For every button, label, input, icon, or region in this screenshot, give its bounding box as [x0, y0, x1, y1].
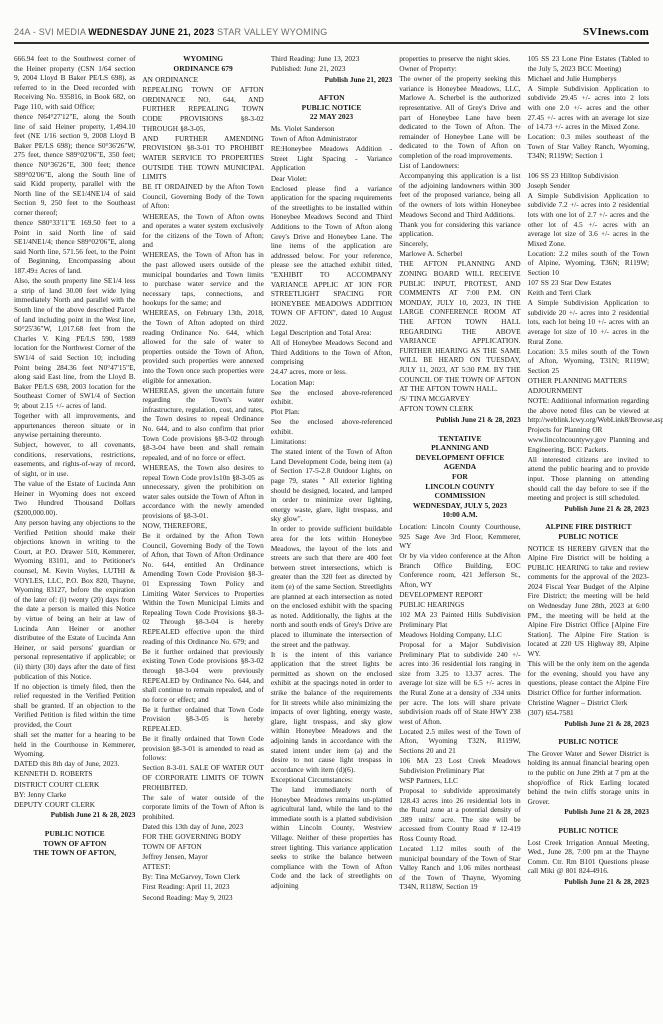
site-url: SVInews.com	[583, 26, 649, 38]
notice-paragraph: If no objection is timely filed, then th…	[14, 682, 135, 730]
notice-paragraph: All interested citizens are invited to a…	[528, 455, 649, 503]
notice-paragraph: Second Reading: May 9, 2023	[142, 893, 263, 903]
notice-paragraph: REPEALING TOWN OF AFTON ORDINANCE NO. 64…	[142, 85, 263, 133]
notice-paragraph: A Simple Subdivision Application to subd…	[528, 84, 649, 132]
column-spacer	[528, 162, 649, 171]
notice-paragraph: Dated this 13th day of June, 2023	[142, 822, 263, 832]
notice-paragraph: Enclosed please find a variance applicat…	[271, 184, 392, 328]
notice-paragraph: Located 1.12 miles south of the municipa…	[399, 844, 520, 892]
publish-line: Publish June 21 & 28, 2023	[528, 877, 649, 887]
notice-paragraph: It is the intent of this variance applic…	[271, 650, 392, 775]
notice-paragraph: Marlowe A. Scherbel	[399, 249, 520, 259]
notice-paragraph: DISTRICT COURT CLERK	[14, 780, 135, 790]
notice-paragraph: OTHER PLANNING MATTERS	[528, 376, 649, 386]
notice-paragraph: NOTE: Additional information regarding t…	[528, 396, 649, 434]
notice-paragraph: AND FURTHER AMENDING PROVISION §8-3-01 T…	[142, 134, 263, 182]
notice-paragraph: 666.94 feet to the Southwest corner of t…	[14, 54, 135, 112]
notice-paragraph: 106 MA 23 Lost Creek Meadows Subdivision…	[399, 756, 520, 775]
notice-paragraph: Location Map:	[271, 378, 392, 388]
notice-paragraph: Be it finally ordained that Town Code pr…	[142, 734, 263, 763]
notice-paragraph: The land immediately north of Honeybee M…	[271, 785, 392, 891]
notice-paragraph: DEPUTY COURT CLERK	[14, 800, 135, 810]
notice-paragraph: By: Tina McGarvey, Town Clerk	[142, 872, 263, 882]
notice-paragraph: www.lincolncountywy.gov Planning and Eng…	[528, 435, 649, 454]
notice-paragraph: This will be the only item on the agenda…	[528, 659, 649, 697]
notice-paragraph: Proposal for a Major Subdivision Prelimi…	[399, 640, 520, 726]
notice-paragraph: A Simple Subdivision Application to subd…	[528, 298, 649, 346]
notice-paragraph: Legal Description and Total Area:	[271, 328, 392, 338]
notice-heading: PUBLIC NOTICE	[528, 826, 649, 836]
notice-paragraph: The sale of water outside of the corpora…	[142, 793, 263, 822]
notice-paragraph: All of Honeybee Meadows Second and Third…	[271, 338, 392, 367]
notice-paragraph: AN ORDINANCE	[142, 75, 263, 85]
notice-paragraph: BY: Jenny Clarke	[14, 790, 135, 800]
notice-paragraph: Joseph Sender	[528, 181, 649, 191]
notice-paragraph: Be it further ordained that previously e…	[142, 647, 263, 705]
notice-paragraph: The Grover Water and Sewer District is h…	[528, 749, 649, 807]
notice-paragraph: First Reading: April 11, 2023	[142, 882, 263, 892]
notice-heading: PUBLIC NOTICE TOWN OF AFTON THE TOWN OF …	[14, 829, 135, 858]
region-label: STAR VALLEY WYOMING	[214, 27, 327, 37]
notice-paragraph: KENNETH D. ROBERTS	[14, 769, 135, 779]
publish-line: Publish June 21 & 28, 2023	[528, 719, 649, 729]
notice-paragraph: Be it ordained by the Afton Town Council…	[142, 531, 263, 646]
notice-paragraph: Location: 3.5 miles south of the Town of…	[528, 347, 649, 376]
notice-paragraph: Or by via video conference at the Afton …	[399, 551, 520, 589]
notice-paragraph: See the enclosed above-referenced exhibi…	[271, 388, 392, 407]
notice-paragraph: DEVELOPMENT REPORT	[399, 590, 520, 600]
publish-line: Publish June 21 & 28, 2023	[528, 807, 649, 817]
notice-paragraph: The stated intent of the Town of Afton L…	[271, 447, 392, 524]
notice-paragraph: Published: June 21, 2023	[271, 64, 392, 74]
notice-paragraph: ADJOURNMENT	[528, 386, 649, 396]
notice-paragraph: Located 2.5 miles west of the Town of Af…	[399, 727, 520, 756]
notice-paragraph: Section 8-3-01. SALE OF WATER OUT OF COR…	[142, 763, 263, 792]
notice-paragraph: THE AFTON PLANNING AND ZONING BOARD WILL…	[399, 259, 520, 393]
notice-paragraph: thence N64°27'12"E, along the South line…	[14, 112, 135, 218]
notice-paragraph: A Simple Subdivision Application to subd…	[528, 191, 649, 249]
notice-paragraph: The owner of the property seeking this v…	[399, 74, 520, 160]
notice-paragraph: WHEREAS, the Town also desires to repeal…	[142, 463, 263, 521]
notice-heading: PUBLIC NOTICE	[528, 737, 649, 747]
notice-paragraph: Subject, however, to all covenants, cond…	[14, 440, 135, 478]
notice-column: properties to preserve the night skies.O…	[399, 54, 520, 903]
notice-paragraph: /S/ TINA MCGARVEY	[399, 394, 520, 404]
notice-paragraph: WHEREAS, the Town of Afton has in the pa…	[142, 250, 263, 308]
page-info: 24A - SVI MEDIA WEDNESDAY JUNE 21, 2023 …	[14, 27, 327, 37]
notice-paragraph: ATTEST:	[142, 862, 263, 872]
notice-paragraph: Be it further ordained that Town Code Pr…	[142, 705, 263, 734]
publish-line: Publish June 21 & 28, 2023	[14, 810, 135, 820]
notice-column: 666.94 feet to the Southwest corner of t…	[14, 54, 135, 903]
notice-paragraph: Limitations:	[271, 437, 392, 447]
notice-paragraph: NOTICE IS HEREBY GIVEN that the Alpine F…	[528, 544, 649, 659]
notice-paragraph: properties to preserve the night skies.	[399, 54, 520, 64]
notice-paragraph: See the enclosed above-referenced exhibi…	[271, 417, 392, 436]
notice-heading: AFTON PUBLIC NOTICE 22 MAY 2023	[271, 93, 392, 122]
notice-paragraph: Town of Afton Administrator	[271, 134, 392, 144]
notice-paragraph: Thank you for considering this variance …	[399, 220, 520, 239]
notice-paragraph: PUBLIC HEARINGS	[399, 600, 520, 610]
notice-paragraph: Sincerely,	[399, 239, 520, 249]
notice-paragraph: 106 SS 23 Hilltop Subdivision	[528, 171, 649, 181]
publish-line: Publish June 21 & 28, 2023	[399, 415, 520, 425]
publish-line: Publish June 21 & 28, 2023	[528, 504, 649, 514]
notice-paragraph: shall set the matter for a hearing to be…	[14, 730, 135, 759]
notice-paragraph: AFTON TOWN CLERK	[399, 404, 520, 414]
notice-paragraph: WHEREAS, the Town of Afton owns and oper…	[142, 212, 263, 250]
notice-paragraph: Accompanying this application is a list …	[399, 171, 520, 219]
notice-paragraph: 105 SS 23 Lone Pine Estates (Tabled to t…	[528, 54, 649, 73]
notice-paragraph: Location: 0.3 miles southeast of the Tow…	[528, 132, 649, 161]
notice-paragraph: thence S80°33'11"E 169.50 feet to a Poin…	[14, 218, 135, 276]
notice-paragraph: 24.47 acres, more or less.	[271, 367, 392, 377]
notice-paragraph: Third Reading: June 13, 2023	[271, 54, 392, 64]
page-label: 24A - SVI MEDIA	[14, 27, 88, 37]
notice-paragraph: WHEREAS, given the uncertain future rega…	[142, 386, 263, 463]
notice-paragraph: NOW, THEREFORE,	[142, 521, 263, 531]
notice-paragraph: (307) 654-7581	[528, 708, 649, 718]
notice-paragraph: RE:Honeybee Meadows Addition - Street Li…	[271, 144, 392, 173]
notice-paragraph: Location: 2.2 miles south of the Town of…	[528, 249, 649, 278]
notice-paragraph: WSP Partners, LLC	[399, 776, 520, 786]
notice-columns: 666.94 feet to the Southwest corner of t…	[14, 54, 649, 903]
notice-paragraph: 102 MA 23 Painted Hills Subdivision Prel…	[399, 610, 520, 629]
notice-paragraph: List of Landowners:	[399, 161, 520, 171]
newspaper-page: 24A - SVI MEDIA WEDNESDAY JUNE 21, 2023 …	[0, 0, 663, 1024]
notice-paragraph: Plot Plan:	[271, 407, 392, 417]
notice-paragraph: WHEREAS, on February 13th, 2018, the Tow…	[142, 308, 263, 385]
issue-date: WEDNESDAY JUNE 21, 2023	[88, 27, 214, 37]
notice-paragraph: Lost Creek Irrigation Annual Meeting, We…	[528, 838, 649, 876]
notice-column: 105 SS 23 Lone Pine Estates (Tabled to t…	[528, 54, 649, 903]
notice-paragraph: Ms. Violet Sanderson	[271, 124, 392, 134]
masthead-rule	[14, 42, 649, 44]
notice-column: WYOMING ORDINANCE 679AN ORDINANCEREPEALI…	[142, 54, 263, 903]
publish-line: Publish June 21, 2023	[271, 75, 392, 85]
notice-paragraph: Proposal to subdivide approximately 128.…	[399, 786, 520, 844]
notice-paragraph: Exceptional Circumstances:	[271, 775, 392, 785]
notice-paragraph: FOR THE GOVERNING BODY	[142, 832, 263, 842]
notice-paragraph: BE IT ORDAINED by the Afton Town Council…	[142, 182, 263, 211]
notice-paragraph: Together with all improvements, and appu…	[14, 411, 135, 440]
notice-paragraph: Christine Wagner – District Clerk	[528, 698, 649, 708]
notice-paragraph: DATED this 8th day of June, 2023.	[14, 759, 135, 769]
notice-heading: WYOMING ORDINANCE 679	[142, 54, 263, 73]
notice-paragraph: In order to provide sufficient buildable…	[271, 524, 392, 649]
notice-paragraph: 107 SS 23 Star Dew Estates	[528, 278, 649, 288]
notice-heading: ALPINE FIRE DISTRICT PUBLIC NOTICE	[528, 522, 649, 541]
notice-paragraph: Any person having any objections to the …	[14, 518, 135, 681]
notice-paragraph: Dear Violet:	[271, 174, 392, 184]
notice-paragraph: Michael and Julie Humpherys	[528, 74, 649, 84]
notice-paragraph: Meadows Holding Company, LLC	[399, 630, 520, 640]
notice-paragraph: Keith and Terri Clark	[528, 288, 649, 298]
notice-paragraph: Location: Lincoln County Courthouse, 925…	[399, 522, 520, 551]
notice-column: Third Reading: June 13, 2023Published: J…	[271, 54, 392, 903]
notice-paragraph: Owner of Property:	[399, 64, 520, 74]
notice-paragraph: TOWN OF AFTON	[142, 842, 263, 852]
notice-paragraph: The value of the Estate of Lucinda Ann H…	[14, 479, 135, 517]
masthead: 24A - SVI MEDIA WEDNESDAY JUNE 21, 2023 …	[14, 26, 649, 38]
notice-paragraph: Also, the south property line SE1/4 less…	[14, 276, 135, 410]
notice-paragraph: Jeffrey Jensen, Mayor	[142, 852, 263, 862]
notice-heading: TENTATIVE PLANNING AND DEVELOPMENT OFFIC…	[399, 434, 520, 520]
